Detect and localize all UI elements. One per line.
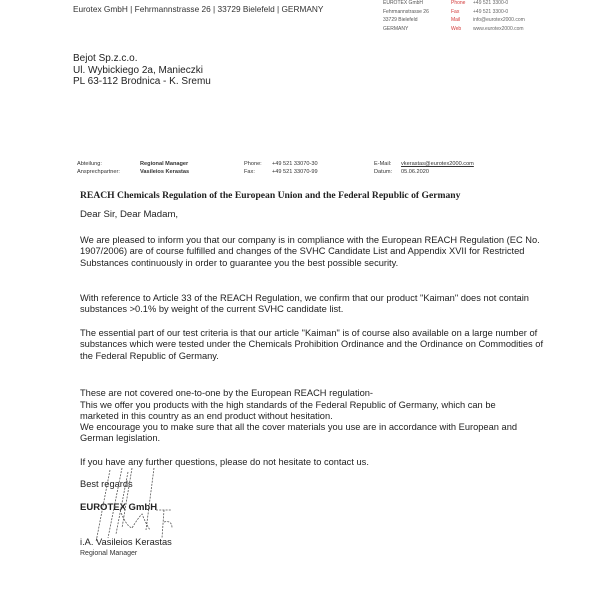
contact-value: +49 521 3300-0 <box>473 8 508 17</box>
recipient-line: Ul. Wybickiego 2a, Manieczki <box>73 65 211 77</box>
recipient-line: Bejot Sp.z.c.o. <box>73 53 211 65</box>
contact-row-fax: Fehrmannstrasse 26 Fax +49 521 3300-0 <box>383 8 525 17</box>
meta-value-phone: +49 521 33070-30 <box>272 161 374 169</box>
contact-address: EUROTEX GmbH <box>383 0 451 8</box>
paragraph-text: The essential part of our test criteria … <box>80 328 550 362</box>
paragraph-encourage: We encourage you to make sure that all t… <box>80 422 550 445</box>
meta-value-date: 05.06.2020 <box>401 169 429 177</box>
letterhead-contact-block: EUROTEX GmbH Phone +49 521 3300-0 Fehrma… <box>383 0 525 33</box>
paragraph-test-criteria: The essential part of our test criteria … <box>80 328 550 362</box>
contact-row-mail: 33729 Bielefeld Mail info@eurotex2000.co… <box>383 16 525 25</box>
contact-label: Web <box>451 25 473 34</box>
letter-meta-block: Abteilung: Regional Manager Phone: +49 5… <box>77 161 474 176</box>
meta-label-fax: Fax: <box>244 169 272 177</box>
letter-subject: REACH Chemicals Regulation of the Europe… <box>80 190 460 201</box>
letter-salutation: Dear Sir, Dear Madam, <box>80 209 178 220</box>
meta-label-email: E-Mail: <box>374 161 401 169</box>
contact-label: Fax <box>451 8 473 17</box>
contact-address: 33729 Bielefeld <box>383 16 451 25</box>
contact-value: +49 521 3300-0 <box>473 0 508 8</box>
meta-value-fax: +49 521 33070-99 <box>272 169 374 177</box>
paragraph-text: We are pleased to inform you that our co… <box>80 235 550 269</box>
contact-address: GERMANY <box>383 25 451 34</box>
paragraph-compliance: We are pleased to inform you that our co… <box>80 235 550 269</box>
signer-title: Regional Manager <box>80 550 137 557</box>
paragraph-text: If you have any further questions, pleas… <box>80 457 550 468</box>
recipient-address: Bejot Sp.z.c.o. Ul. Wybickiego 2a, Manie… <box>73 53 211 88</box>
paragraph-article-33: With reference to Article 33 of the REAC… <box>80 293 550 316</box>
handwritten-signature-icon <box>92 468 182 548</box>
paragraph-text: We encourage you to make sure that all t… <box>80 422 550 445</box>
recipient-line: PL 63-112 Brodnica - K. Sremu <box>73 76 211 88</box>
paragraph-contact-us: If you have any further questions, pleas… <box>80 457 550 468</box>
contact-row-web: GERMANY Web www.eurotex2000.com <box>383 25 525 34</box>
paragraph-text: These are not covered one-to-one by the … <box>80 388 510 422</box>
meta-email-link[interactable]: vkerastas@eurotex2000.com <box>401 161 474 169</box>
sender-address-line: Eurotex GmbH | Fehrmannstrasse 26 | 3372… <box>73 4 323 14</box>
meta-row: Ansprechpartner: Vasileios Kerastas Fax:… <box>77 169 474 177</box>
meta-value-department: Regional Manager <box>140 161 244 169</box>
contact-address: Fehrmannstrasse 26 <box>383 8 451 17</box>
meta-label-contact: Ansprechpartner: <box>77 169 140 177</box>
contact-value: info@eurotex2000.com <box>473 16 525 25</box>
signer-name: i.A. Vasileios Kerastas <box>80 537 172 547</box>
paragraph-text: With reference to Article 33 of the REAC… <box>80 293 550 316</box>
meta-value-contact: Vasileios Kerastas <box>140 169 244 177</box>
meta-label-date: Datum: <box>374 169 401 177</box>
meta-row: Abteilung: Regional Manager Phone: +49 5… <box>77 161 474 169</box>
contact-value: www.eurotex2000.com <box>473 25 524 34</box>
meta-label-phone: Phone: <box>244 161 272 169</box>
meta-label-department: Abteilung: <box>77 161 140 169</box>
contact-label: Mail <box>451 16 473 25</box>
contact-row-phone: EUROTEX GmbH Phone +49 521 3300-0 <box>383 0 525 8</box>
contact-label: Phone <box>451 0 473 8</box>
